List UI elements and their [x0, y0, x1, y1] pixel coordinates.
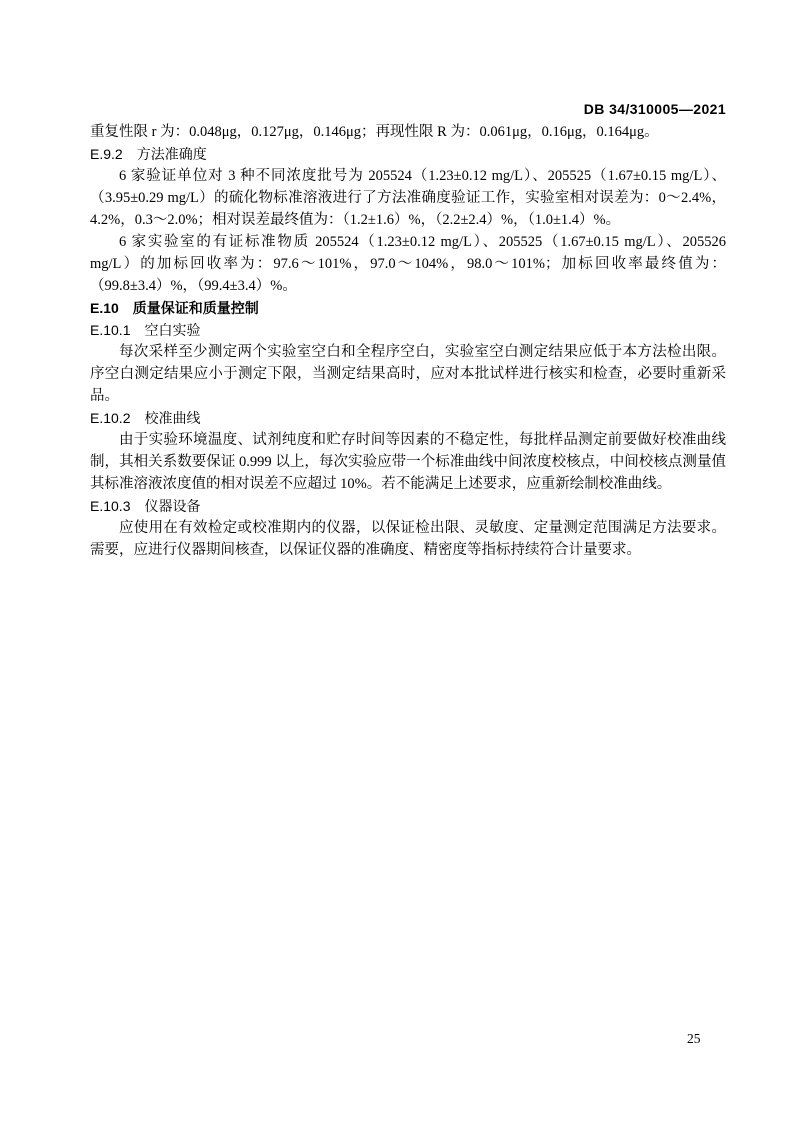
paragraph-line: 由于实验环境温度、试剂纯度和贮存时间等因素的不稳定性，每批样品测定前要做好校准曲… — [90, 429, 726, 451]
clause-heading-e10-3: E.10.3 仪器设备 — [90, 495, 726, 517]
paragraph-line: 其标准溶液浓度值的相对误差不应超过 10%。若不能满足上述要求，应重新绘制校准曲… — [90, 473, 726, 495]
page-number: 25 — [687, 1031, 701, 1047]
document-body: 重复性限 r 为：0.048μg，0.127μg，0.146μg；再现性限 R … — [90, 121, 726, 561]
clause-heading-e9-2: E.9.2 方法准确度 — [90, 143, 726, 165]
paragraph-line-repeatability: 重复性限 r 为：0.048μg，0.127μg，0.146μg；再现性限 R … — [90, 121, 726, 143]
paragraph-line: 6 家实验室的有证标准物质 205524（1.23±0.12 mg/L）、205… — [90, 231, 726, 253]
document-page: DB 34/310005—2021 重复性限 r 为：0.048μg，0.127… — [0, 0, 793, 1122]
paragraph-line: mg/L）的加标回收率为：97.6～101%，97.0～104%，98.0～10… — [90, 253, 726, 275]
clause-heading-e10: E.10 质量保证和质量控制 — [90, 297, 726, 319]
paragraph-line: 每次采样至少测定两个实验室空白和全程序空白，实验室空白测定结果应低于本方法检出限… — [90, 341, 726, 363]
paragraph-line: （3.95±0.29 mg/L）的硫化物标准溶液进行了方法准确度验证工作，实验室… — [90, 187, 726, 209]
paragraph-line: 需要，应进行仪器期间核查，以保证仪器的准确度、精密度等指标持续符合计量要求。 — [90, 539, 726, 561]
clause-heading-e10-1: E.10.1 空白实验 — [90, 319, 726, 341]
paragraph-line: 制，其相关系数要保证 0.999 以上，每次实验应带一个标准曲线中间浓度校核点，… — [90, 451, 726, 473]
standard-number-header: DB 34/310005—2021 — [584, 101, 726, 117]
paragraph-line: 6 家验证单位对 3 种不同浓度批号为 205524（1.23±0.12 mg/… — [90, 165, 726, 187]
paragraph-line: 4.2%，0.3～2.0%；相对误差最终值为：（1.2±1.6）%，（2.2±2… — [90, 209, 726, 231]
paragraph-line: 应使用在有效检定或校准期内的仪器，以保证检出限、灵敏度、定量测定范围满足方法要求… — [90, 517, 726, 539]
paragraph-line: 序空白测定结果应小于测定下限，当测定结果高时，应对本批试样进行核实和检查，必要时… — [90, 363, 726, 385]
clause-heading-e10-2: E.10.2 校准曲线 — [90, 407, 726, 429]
paragraph-line: 品。 — [90, 385, 726, 407]
paragraph-line: （99.8±3.4）%，（99.4±3.4）%。 — [90, 275, 726, 297]
